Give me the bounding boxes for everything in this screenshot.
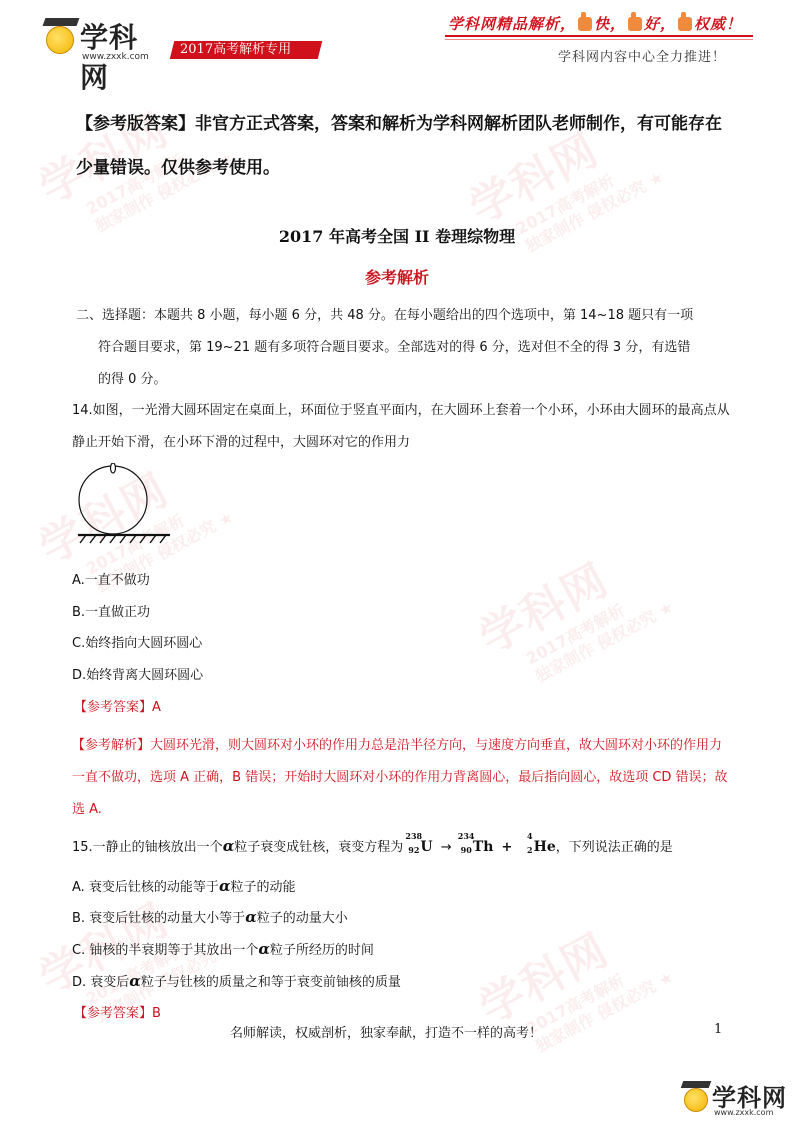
section-intro: 二、选择题：本题共 8 小题，每小题 6 分，共 48 分。在每小题给出的四个选… [76,300,716,396]
answer-value: B [152,1006,161,1021]
mascot-icon [46,26,74,54]
zxxk-logo[interactable]: 学科网 www.zxxk.com [40,12,160,62]
q15-option-c: C. 铀核的半衰期等于其放出一个α粒子所经历的时间 [72,939,374,958]
q15-option-a: A. 衰变后钍核的动能等于α粒子的动能 [72,876,296,895]
answer-label: 【参考答案】 [74,1006,152,1021]
mascot-icon [684,1088,708,1112]
q14-analysis: 【参考解析】大圆环光滑，则大圆环对小环的作用力总是沿半径方向，与速度方向垂直，故… [72,730,732,826]
disclaimer: 【参考版答案】非官方正式答案，答案和解析为学科网解析团队老师制作，有可能存在少量… [76,102,726,190]
watermark: 学科网2017高考解析独家制作 侵权必究 ★ [466,523,677,701]
q15-option-b: B. 衰变后钍核的动量大小等于α粒子的动量大小 [72,907,348,926]
year-banner: 2017高考解析专用 [170,41,322,59]
watermark: 学科网2017高考解析独家制作 侵权必究 ★ [466,893,677,1071]
zxxk-footer-logo[interactable]: 学科网 www.zxxk.com [680,1078,790,1118]
answer-label: 【参考答案】 [74,700,152,715]
ring-on-table-figure [78,463,173,548]
question-14-stem: 14.如图，一光滑大圆环固定在桌面上，环面位于竖直平面内，在大圆环上套着一个小环… [72,395,732,459]
section-line: 的得 0 分。 [76,364,716,396]
alpha-symbol: α [223,837,235,855]
logo-url: www.zxxk.com [714,1108,773,1117]
question-15-stem: 15.一静止的铀核放出一个α粒子衰变成钍核，衰变方程为 23892U → 234… [72,836,752,855]
section-line: 二、选择题：本题共 8 小题，每小题 6 分，共 48 分。在每小题给出的四个选… [76,308,693,323]
thorium-nuclide: 23490Th [460,839,494,855]
uranium-nuclide: 23892U [407,839,432,855]
divider [445,39,753,40]
page-number: 1 [714,1022,722,1037]
q14-option-a: A.一直不做功 [72,569,150,588]
helium-nuclide: 42He [521,839,556,855]
arrow-icon: → [441,840,452,855]
page-title: 2017 年高考全国 II 卷理综物理 [0,224,794,247]
header-subslogan: 学科网内容中心全力推进！ [558,46,726,65]
logo-url: www.zxxk.com [82,52,149,62]
answer-value: A [152,700,161,715]
q15-option-d: D. 衰变后α粒子与钍核的质量之和等于衰变前铀核的质量 [72,971,401,990]
graduation-cap-icon [43,18,80,26]
header-slogan: 学科网精品解析，快，好，权威！ [448,13,742,34]
q14-option-b: B.一直做正功 [72,601,150,620]
thumbs-up-icon [628,17,642,31]
section-line: 符合题目要求，第 19~21 题有多项符合题目要求。全部选对的得 6 分，选对但… [76,332,716,364]
divider [445,35,753,37]
q15-answer: 【参考答案】B [74,1002,161,1021]
thumbs-up-icon [578,17,592,31]
q14-option-c: C.始终指向大圆环圆心 [72,632,202,651]
graduation-cap-icon [681,1081,712,1088]
q14-option-d: D.始终背离大圆环圆心 [72,664,203,683]
q14-answer: 【参考答案】A [74,696,161,715]
thumbs-up-icon [678,17,692,31]
page-subtitle: 参考解析 [0,265,794,288]
footer-text: 名师解读，权威剖析，独家奉献，打造不一样的高考！ [230,1022,542,1041]
